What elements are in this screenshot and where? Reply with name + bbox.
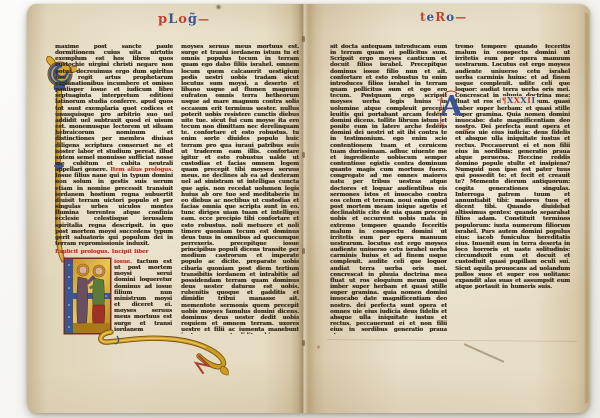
parchment-crease	[327, 339, 577, 342]
running-title-tero: teRo—	[420, 11, 466, 24]
rubric-explicit-incipit: Explicit prologus. Incipit liber	[55, 249, 173, 257]
pen-flourish-dash: —	[455, 11, 466, 24]
sewing-stitch	[302, 248, 305, 254]
right-page-column-1: sit docta antequam introducam eum in ter…	[330, 44, 447, 334]
sewing-stitch	[302, 340, 305, 346]
photograph-backdrop: pLog̃— teRo—	[0, 0, 600, 418]
rubric-item-alius-prologus: Item alius prologus.	[110, 167, 173, 173]
left-page-column-2: moyses seruus meus mortuus est. surge et…	[181, 44, 299, 334]
left-page-column-1: maxime post sancte paule dormitionem cui…	[55, 44, 173, 336]
running-title-prologus: pLog̃—	[158, 13, 209, 26]
pen-flourish-dash: —	[198, 13, 209, 26]
parchment-stain	[215, 4, 222, 10]
chapter-numeral-xxxii: ¶XXXII	[501, 96, 537, 105]
sewing-stitch	[302, 36, 305, 42]
manuscript-bifolium: pLog̃— teRo—	[27, 4, 590, 413]
decorated-initial-a: A	[437, 90, 471, 134]
incipit-text-beside-initial: iosue. factum est ut post mortem moysi s…	[114, 259, 172, 336]
page-edge-lines	[584, 12, 589, 404]
prologue-text-block: maxime post sancte paule dormitionem cui…	[55, 44, 173, 249]
parchment-scratch	[463, 343, 504, 363]
sewing-stitch	[302, 152, 305, 158]
parchment-stain	[316, 345, 321, 349]
rubric-book-name: iosue.	[114, 259, 132, 265]
right-page-column-2: tremo tempore quando feceritis malum in …	[455, 44, 570, 334]
incipit-row: iosue. factum est ut post mortem moysi s…	[55, 257, 173, 336]
